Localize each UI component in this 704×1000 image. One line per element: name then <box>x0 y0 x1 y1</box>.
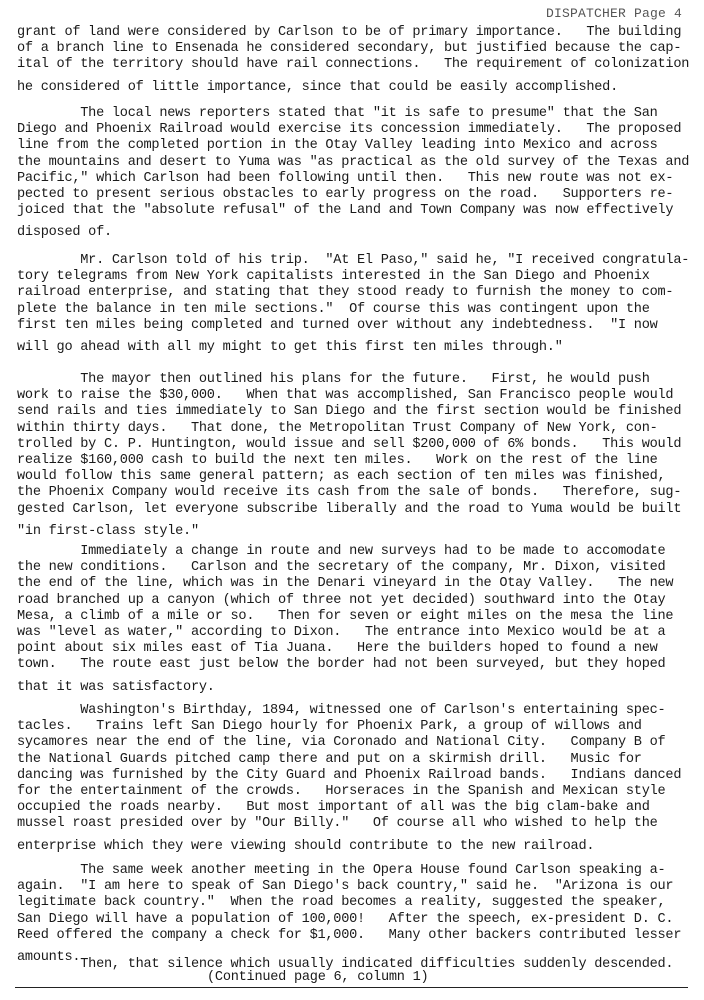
text-line: San Diego will have a population of 100,… <box>17 912 673 928</box>
bottom-rule <box>15 987 688 988</box>
page-header: DISPATCHER Page 4 <box>546 6 682 21</box>
text-line: the end of the line, which was in the De… <box>17 576 673 592</box>
text-line: the Phoenix Company would receive its ca… <box>17 485 681 501</box>
text-line: enterprise which they were viewing shoul… <box>17 833 594 855</box>
text-line: joiced that the "absolute refusal" of th… <box>17 203 673 219</box>
text-line: sycamores near the end of the line, via … <box>17 735 665 751</box>
text-line: pected to present serious obstacles to e… <box>17 187 673 203</box>
text-line: gested Carlson, let everyone subscribe l… <box>17 502 681 518</box>
text-line: tory telegrams from New York capitalists… <box>17 269 650 285</box>
text-line: the new conditions. Carlson and the secr… <box>17 560 665 576</box>
text-line: was "level as water," according to Dixon… <box>17 625 665 641</box>
text-line: trolled by C. P. Huntington, would issue… <box>17 437 681 453</box>
text-line: that it was satisfactory. <box>17 674 215 696</box>
text-line: the mountains and desert to Yuma was "as… <box>17 155 689 171</box>
text-line: again. "I am here to speak of San Diego'… <box>17 879 673 895</box>
text-line: line from the completed portion in the O… <box>17 138 658 154</box>
text-line: will go ahead with all my might to get t… <box>17 334 563 356</box>
text-line: work to raise the $30,000. When that was… <box>17 388 673 404</box>
text-line: first ten miles being completed and turn… <box>17 318 658 334</box>
text-line: would follow this same general pattern; … <box>17 469 665 485</box>
text-line: Mesa, a climb of a mile or so. Then for … <box>17 609 673 625</box>
text-line: Mr. Carlson told of his trip. "At El Pas… <box>17 253 689 269</box>
text-line: tacles. Trains left San Diego hourly for… <box>17 719 642 735</box>
text-line: he considered of little importance, sinc… <box>17 74 618 96</box>
text-line: railroad enterprise, and stating that th… <box>17 285 673 301</box>
text-line: Pacific," which Carlson had been followi… <box>17 171 673 187</box>
text-line: realize $160,000 cash to build the next … <box>17 453 658 469</box>
text-line: dancing was furnished by the City Guard … <box>17 768 681 784</box>
text-line: road branched up a canyon (which of thre… <box>17 593 665 609</box>
text-line: the National Guards pitched camp there a… <box>17 752 642 768</box>
text-line: The mayor then outlined his plans for th… <box>17 372 650 388</box>
text-line: point about six miles east of Tia Juana.… <box>17 641 658 657</box>
text-line: send rails and ties immediately to San D… <box>17 404 681 420</box>
text-line: The same week another meeting in the Ope… <box>17 863 665 879</box>
text-line: mussel roast presided over by "Our Billy… <box>17 816 658 832</box>
text-line: ital of the territory should have rail c… <box>17 57 689 73</box>
text-line: town. The route east just below the bord… <box>17 657 665 673</box>
text-line: plete the balance in ten mile sections."… <box>17 302 650 318</box>
text-line: "in first-class style." <box>17 518 199 540</box>
text-line: of a branch line to Ensenada he consider… <box>17 41 681 57</box>
text-line: Washington's Birthday, 1894, witnessed o… <box>17 703 665 719</box>
text-line: The local news reporters stated that "it… <box>17 106 658 122</box>
continuation-note: (Continued page 6, column 1) <box>207 970 428 986</box>
text-line: Diego and Phoenix Railroad would exercis… <box>17 122 681 138</box>
text-line: within thirty days. That done, the Metro… <box>17 421 658 437</box>
text-line: grant of land were considered by Carlson… <box>17 25 681 41</box>
text-line: legitimate back country." When the road … <box>17 895 665 911</box>
document-page: DISPATCHER Page 4 grant of land were con… <box>0 0 704 1000</box>
text-line: occupied the roads nearby. But most impo… <box>17 800 650 816</box>
text-line: disposed of. <box>17 219 112 241</box>
text-line: Reed offered the company a check for $1,… <box>17 928 681 944</box>
text-line: for the entertainment of the crowds. Hor… <box>17 784 665 800</box>
text-line: Immediately a change in route and new su… <box>17 544 665 560</box>
